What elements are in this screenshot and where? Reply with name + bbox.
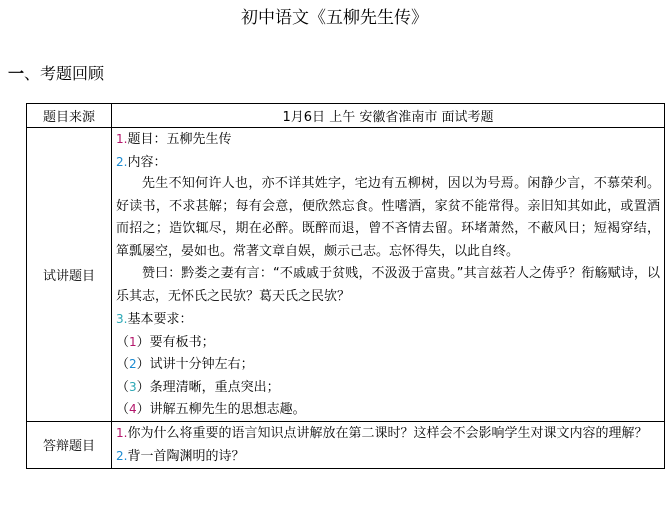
passage-paragraph-2: 赞曰：黔娄之妻有言：“不戚戚于贫贱，不汲汲于富贵。”其言兹若人之俦乎？衔觞赋诗，… xyxy=(116,263,660,308)
requirement-item: （3）条理清晰，重点突出； xyxy=(116,376,660,399)
defense-content: 1.你为什么将重要的语言知识点讲解放在第二课时？这样会不会影响学生对课文内容的理… xyxy=(112,421,665,468)
lecture-content: 1.题目：五柳先生传 2.内容： 先生不知何许人也，亦不详其姓字，宅边有五柳树，… xyxy=(112,128,665,422)
exam-table: 题目来源 1月6日 上午 安徽省淮南市 面试考题 试讲题目 1.题目：五柳先生传… xyxy=(26,103,665,469)
section-separator: 、 xyxy=(24,64,40,83)
source-label: 题目来源 xyxy=(27,104,112,128)
requirement-item: （2）试讲十分钟左右； xyxy=(116,353,660,376)
document-title: 初中语文《五柳先生传》 xyxy=(0,6,669,30)
requirement-item: （4）讲解五柳先生的思想志趣。 xyxy=(116,398,660,421)
defense-label: 答辩题目 xyxy=(27,421,112,468)
table-row-lecture: 试讲题目 1.题目：五柳先生传 2.内容： 先生不知何许人也，亦不详其姓字，宅边… xyxy=(27,128,665,422)
passage-paragraph-1: 先生不知何许人也，亦不详其姓字，宅边有五柳树，因以为号焉。闲静少言，不慕荣利。好… xyxy=(116,173,660,263)
section-heading: 一、考题回顾 xyxy=(8,62,104,86)
requirements-heading: 3.基本要求： xyxy=(116,308,660,331)
lecture-item-content: 2.内容： xyxy=(116,151,660,174)
defense-question-1: 1.你为什么将重要的语言知识点讲解放在第二课时？这样会不会影响学生对课文内容的理… xyxy=(116,422,660,446)
section-marker: 一 xyxy=(8,64,24,83)
section-heading-text: 考题回顾 xyxy=(40,64,104,83)
table-row-defense: 答辩题目 1.你为什么将重要的语言知识点讲解放在第二课时？这样会不会影响学生对课… xyxy=(27,421,665,468)
lecture-item-title: 1.题目：五柳先生传 xyxy=(116,128,660,151)
table-row-source: 题目来源 1月6日 上午 安徽省淮南市 面试考题 xyxy=(27,104,665,128)
defense-question-2: 2.背一首陶渊明的诗？ xyxy=(116,445,660,468)
requirement-item: （1）要有板书； xyxy=(116,331,660,354)
source-value: 1月6日 上午 安徽省淮南市 面试考题 xyxy=(112,104,665,128)
lecture-label: 试讲题目 xyxy=(27,128,112,422)
